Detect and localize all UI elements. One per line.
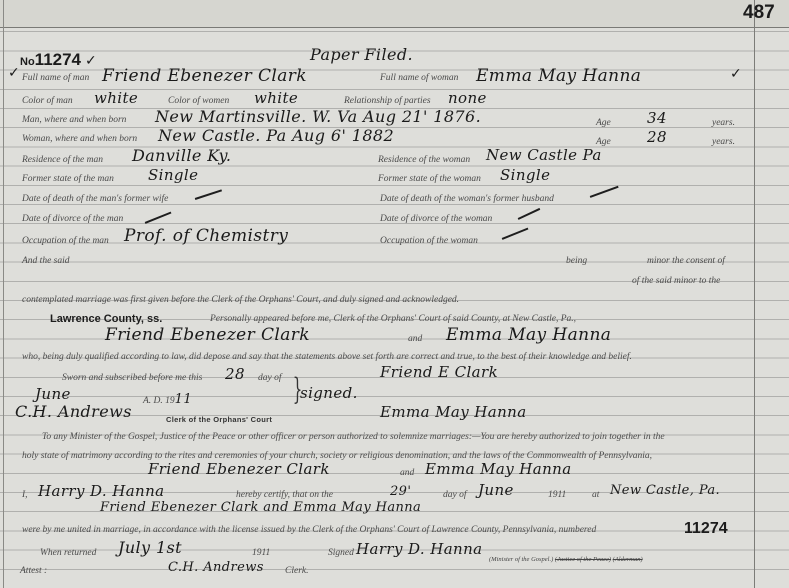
man-born-label: Man, where and when born: [22, 115, 126, 125]
officiant-signature: Harry D. Hanna: [356, 540, 483, 558]
blank-dash-mark: [590, 186, 619, 198]
blank-dash-mark: [145, 212, 172, 224]
blank-dash-mark: [502, 228, 529, 240]
officiant-name: Harry D. Hanna: [38, 482, 165, 500]
signature-woman: Emma May Hanna: [380, 403, 527, 421]
authorization-and: and: [400, 468, 414, 478]
woman-former-state-label: Former state of the woman: [378, 174, 481, 184]
left-margin-rule: [3, 0, 4, 588]
returned-year: 1911: [252, 548, 270, 558]
man-age-value: 34: [647, 109, 667, 127]
license-number: No11274 ✓: [20, 50, 97, 70]
attest-label: Attest :: [20, 566, 47, 576]
man-color-value: white: [94, 89, 138, 107]
woman-age-value: 28: [647, 128, 667, 146]
affidavit-and: and: [408, 334, 422, 344]
blank-dash-mark: [195, 189, 222, 199]
at-label: at: [592, 490, 599, 500]
role-minister: (Minister of the Gospel.): [489, 556, 553, 563]
license-number-prefix: No: [20, 56, 35, 68]
checkmark-icon: ✓: [730, 66, 742, 82]
ad-prefix: A. D. 19: [143, 396, 175, 406]
relationship-label: Relationship of parties: [344, 96, 431, 106]
license-number-value: 11274: [35, 50, 81, 69]
woman-occupation-label: Occupation of the woman: [380, 236, 478, 246]
woman-residence-value: New Castle Pa: [486, 146, 602, 164]
marriage-day-of-label: day of: [443, 490, 466, 500]
signature-man: Friend E Clark: [380, 363, 498, 381]
marriage-place: New Castle, Pa.: [610, 483, 720, 498]
role-alderman: (Alderman): [613, 556, 643, 563]
marriage-license-page: 487 No11274 ✓ Paper Filed. ✓ Full name o…: [0, 0, 789, 588]
page-number: 487: [743, 2, 775, 24]
woman-color-value: white: [254, 89, 298, 107]
signed-label-2: Signed: [328, 548, 354, 558]
man-full-name-value: Friend Ebenezer Clark: [102, 66, 307, 86]
woman-residence-label: Residence of the woman: [378, 155, 470, 165]
checkmark-icon: ✓: [8, 65, 20, 81]
united-text: were by me united in marriage, in accord…: [22, 525, 596, 535]
sworn-month: June: [35, 385, 71, 403]
man-residence-value: Danville Ky.: [132, 146, 231, 165]
man-residence-label: Residence of the man: [22, 155, 103, 165]
marriage-month: June: [478, 481, 514, 499]
man-former-state-value: Single: [148, 166, 198, 184]
man-age-label: Age: [596, 118, 611, 128]
woman-former-state-value: Single: [500, 166, 550, 184]
man-color-label: Color of man: [22, 96, 73, 106]
woman-full-name-label: Full name of woman: [380, 73, 458, 83]
man-age-unit: years.: [712, 118, 735, 128]
sworn-text: Sworn and subscribed before me this: [62, 373, 202, 383]
contemplated-text: contemplated marriage was first given be…: [22, 295, 459, 305]
clerk-title: Clerk of the Orphans' Court: [166, 415, 272, 424]
authorization-man-name: Friend Ebenezer Clark: [148, 460, 330, 478]
officiant-roles: (Minister of the Gospel.) (Justice of th…: [489, 556, 643, 563]
woman-color-label: Color of women: [168, 96, 229, 106]
man-occupation-value: Prof. of Chemistry: [124, 226, 288, 246]
authorization-woman-name: Emma May Hanna: [425, 460, 572, 478]
woman-former-husband-death-label: Date of death of the woman's former husb…: [380, 194, 554, 204]
page-header-band: [0, 0, 789, 28]
certificate-prefix: I,: [22, 490, 28, 500]
sworn-day: 28: [225, 365, 245, 383]
relationship-value: none: [448, 89, 487, 107]
county-heading: Lawrence County, ss.: [50, 313, 162, 325]
paper-filed-note: Paper Filed.: [310, 45, 413, 64]
ad-year: 11: [175, 392, 192, 407]
woman-full-name-value: Emma May Hanna: [476, 66, 641, 86]
affidavit-woman-name: Emma May Hanna: [446, 325, 611, 345]
authorization-line-1: To any Minister of the Gospel, Justice o…: [42, 432, 665, 442]
man-former-state-label: Former state of the man: [22, 174, 114, 184]
said-minor-label: of the said minor to the: [632, 276, 720, 286]
blank-dash-mark: [518, 208, 540, 220]
man-occupation-label: Occupation of the man: [22, 236, 109, 246]
day-of-label: day of: [258, 373, 281, 383]
right-margin-rule: [754, 0, 755, 588]
returned-month: July 1st: [118, 538, 182, 557]
attest-title: Clerk.: [285, 566, 308, 576]
minor-consent-label: minor the consent of: [647, 256, 725, 266]
ad-label: A. D. 1911: [143, 392, 192, 407]
woman-age-unit: years.: [712, 137, 735, 147]
clerk-signature: C.H. Andrews: [15, 402, 132, 421]
affidavit-man-name: Friend Ebenezer Clark: [105, 325, 310, 345]
man-born-value: New Martinsville. W. Va Aug 21' 1876.: [155, 107, 481, 126]
statement-text: who, being duly qualified according to l…: [22, 352, 632, 362]
and-the-said-label: And the said: [22, 256, 70, 266]
woman-born-label: Woman, where and when born: [22, 134, 137, 144]
certificate-license-number: 11274: [684, 520, 728, 538]
being-label: being: [566, 256, 587, 266]
woman-born-value: New Castle. Pa Aug 6' 1882: [158, 126, 394, 145]
marriage-year: 1911: [548, 490, 566, 500]
woman-divorce-label: Date of divorce of the woman: [380, 214, 492, 224]
certify-text: hereby certify, that on the: [236, 490, 333, 500]
when-returned-label: When returned: [40, 548, 96, 558]
attest-signature: C.H. Andrews: [168, 560, 264, 575]
appeared-text: Personally appeared before me, Clerk of …: [210, 314, 576, 324]
role-justice: (Justice of the Peace): [555, 556, 611, 563]
man-full-name-label: Full name of man: [22, 73, 89, 83]
marriage-day: 29': [390, 484, 411, 499]
certificate-couple: Friend Ebenezer Clark and Emma May Hanna: [100, 500, 421, 515]
signed-label: signed.: [300, 384, 358, 402]
man-divorce-label: Date of divorce of the man: [22, 214, 123, 224]
checkmark-icon: ✓: [85, 53, 97, 69]
man-former-wife-death-label: Date of death of the man's former wife: [22, 194, 168, 204]
